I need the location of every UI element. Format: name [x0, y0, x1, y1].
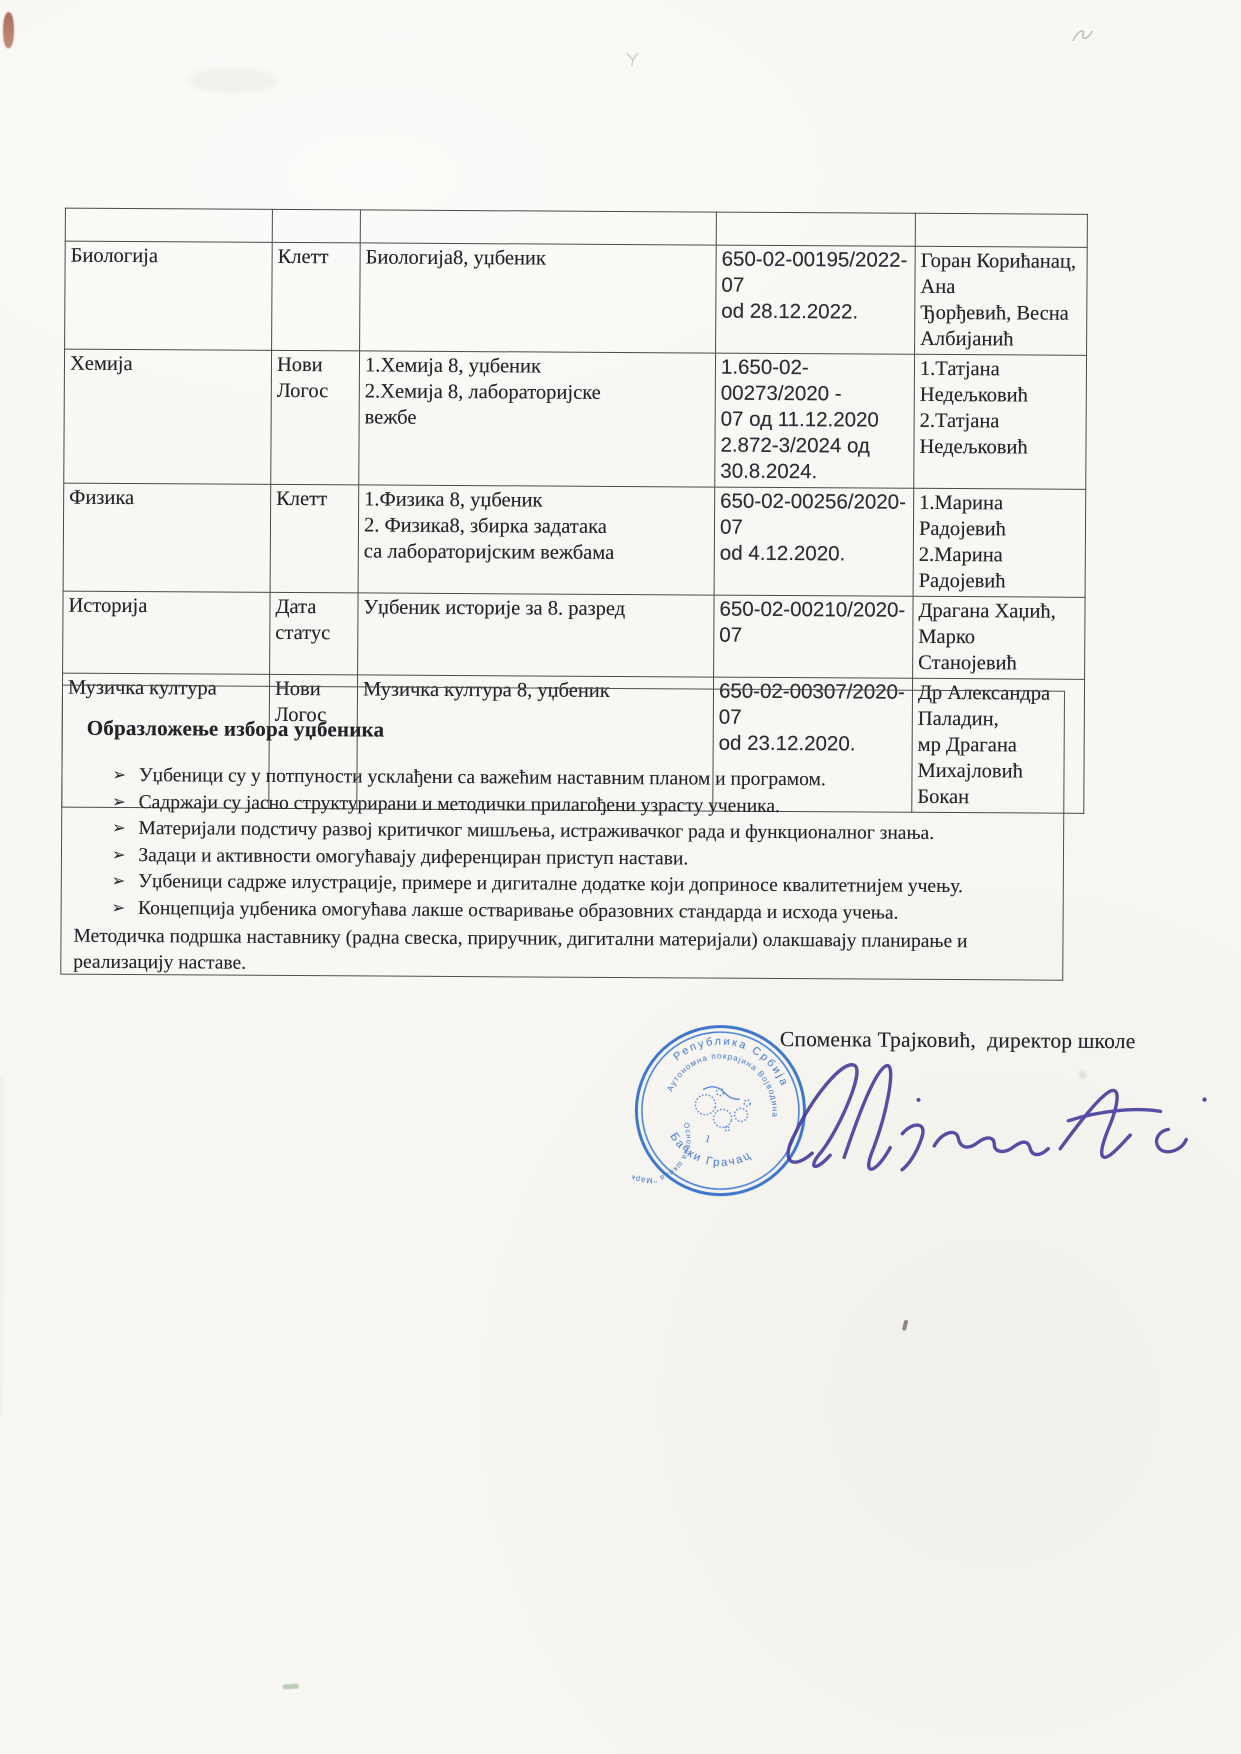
table-row-history: Историја Дата статус Уџбеник историје за…: [63, 591, 1085, 679]
rationale-title: Образложење избора уџбеника: [87, 716, 1064, 747]
rationale-list: ➢ Уџбеници су у потпуности усклађени са …: [62, 763, 1064, 929]
header-cell-empty: [272, 209, 360, 243]
arrow-bullet-icon: ➢: [112, 869, 126, 896]
arrow-bullet-icon: ➢: [112, 843, 126, 870]
rationale-box: Образложење избора уџбеника ➢ Уџбеници с…: [60, 685, 1065, 981]
title-cell: Биологија8, уџбеник: [360, 243, 717, 353]
title-cell: Уџбеник историје за 8. разред: [358, 593, 714, 677]
publisher-cell: Дата статус: [270, 592, 358, 675]
arrow-bullet-icon: ➢: [112, 816, 126, 843]
table-row-physics: Физика Клетт 1.Физика 8, уџбеник 2. Физи…: [63, 483, 1086, 597]
rationale-footer: Методичка подршка наставнику (радна свес…: [73, 923, 1052, 982]
header-cell-empty: [915, 213, 1087, 247]
subject-cell: Физика: [63, 483, 271, 592]
scan-artifact-red-mark: [3, 12, 14, 48]
arrow-bullet-icon: ➢: [112, 789, 126, 816]
publisher-cell: Клетт: [270, 484, 359, 593]
header-cell-empty: [65, 208, 272, 242]
table-row-biology: Биологија Клетт Биологија8, уџбеник 650-…: [65, 241, 1088, 355]
scanned-page: Биологија Клетт Биологија8, уџбеник 650-…: [0, 0, 1241, 1754]
authors-cell: 1.Татјана Недељковић 2.Татјана Недељкови…: [914, 354, 1087, 489]
bullet-text: Садржаји су јасно структурирани и методи…: [139, 790, 780, 821]
bullet-text: Уџбеници су у потпуности усклађени са ва…: [139, 763, 826, 794]
authors-cell: 1.Марина Радојевић 2.Марина Радојевић: [913, 488, 1086, 597]
scan-artifact-squiggle: [1069, 25, 1095, 47]
subject-cell: Биологија: [65, 241, 273, 350]
scan-artifact-speck: [902, 1319, 909, 1331]
arrow-bullet-icon: ➢: [112, 896, 126, 923]
decision-number-cell: 650-02-00195/2022-07 od 28.12.2022.: [716, 245, 916, 354]
scan-artifact-mark: [623, 50, 643, 68]
decision-number-cell: 1.650-02-00273/2020 - 07 од 11.12.2020 2…: [715, 353, 915, 488]
header-cell-empty: [716, 212, 915, 246]
title-cell: 1.Физика 8, уџбеник 2. Физика8, збирка з…: [358, 485, 715, 595]
scan-artifact-edge-streak: [0, 1076, 4, 1416]
school-emblem-icon: [691, 1083, 753, 1135]
bullet-text: Задаци и активности омогућавају диференц…: [138, 843, 688, 873]
decision-number-cell: 650-02-00210/2020-07: [714, 595, 913, 678]
decision-number-cell: 650-02-00256/2020-07 od 4.12.2020.: [714, 487, 914, 596]
table-row-chemistry: Хемија Нови Логос 1.Хемија 8, уџбеник 2.…: [64, 349, 1087, 489]
header-cell-empty: [360, 210, 716, 245]
arrow-bullet-icon: ➢: [112, 763, 126, 790]
bullet-text: Концепција уџбеника омогућава лакше оств…: [138, 896, 899, 927]
authors-cell: Горан Корићанац, Ана Ђорђевић, Весна Алб…: [915, 246, 1088, 355]
title-cell: 1.Хемија 8, уџбеник 2.Хемија 8, лаборато…: [359, 351, 716, 487]
subject-cell: Хемија: [64, 349, 272, 484]
authors-cell: Драгана Хаџић, Марко Станојевић: [913, 596, 1085, 679]
handwritten-signature: [768, 1037, 1219, 1190]
scan-artifact-smudge: [188, 67, 278, 94]
scan-artifact-green-dash: [283, 1684, 299, 1690]
page-content: Биологија Клетт Биологија8, уџбеник 650-…: [0, 0, 1241, 1754]
subject-cell: Историја: [63, 591, 270, 674]
stamp-number: 1: [704, 1133, 712, 1146]
publisher-cell: Нови Логос: [271, 350, 360, 485]
publisher-cell: Клетт: [272, 242, 361, 351]
